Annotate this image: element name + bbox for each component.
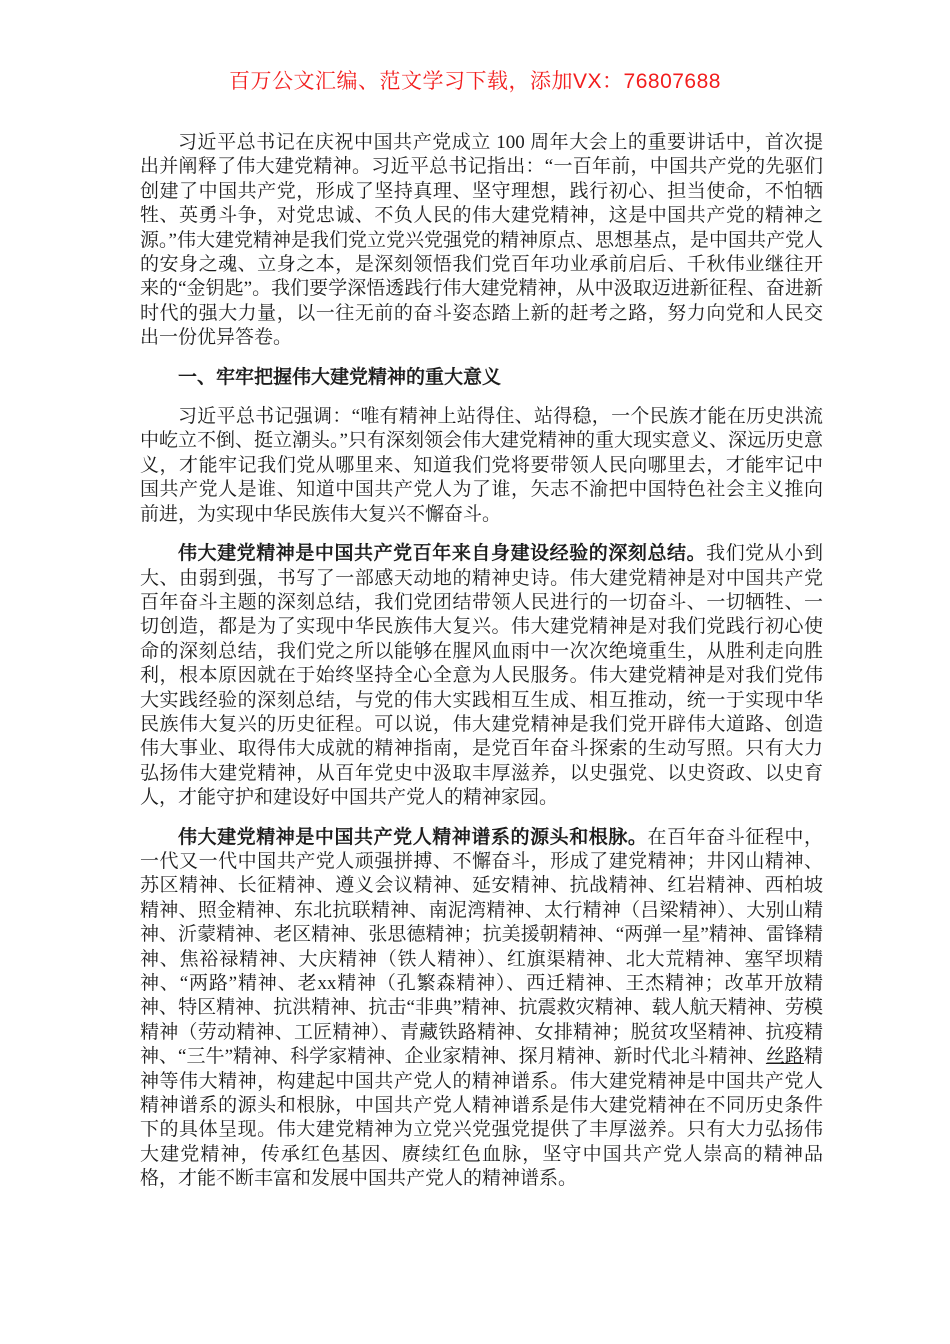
paragraph: 习近平总书记在庆祝中国共产党成立 100 周年大会上的重要讲话中，首次提出并阐释… [140,131,823,351]
paragraph: 伟大建党精神是中国共产党人精神谱系的源头和根脉。在百年奋斗征程中，一代又一代中国… [140,826,823,1192]
document-page: 百万公文汇编、范文学习下载，添加VX：76807688 习近平总书记在庆祝中国共… [0,0,950,1344]
paragraph: 伟大建党精神是中国共产党百年来自身建设经验的深刻总结。我们党从小到大、由弱到强，… [140,542,823,810]
underlined-run: 丝路 [766,1046,804,1067]
paragraph: 习近平总书记强调：“唯有精神上站得住、站得稳，一个民族才能在历史洪流中屹立不倒、… [140,405,823,527]
text-run: 精神等伟大精神，构建起中国共产党人的精神谱系。伟大建党精神是中国共产党人精神谱系… [140,1046,823,1189]
document-body: 习近平总书记在庆祝中国共产党成立 100 周年大会上的重要讲话中，首次提出并阐释… [140,131,823,1207]
text-run: 在百年奋斗征程中，一代又一代中国共产党人顽强拼搏、不懈奋斗，形成了建党精神；井冈… [140,827,823,1068]
text-run: 习近平总书记强调：“唯有精神上站得住、站得稳，一个民族才能在历史洪流中屹立不倒、… [140,406,823,525]
text-run: 习近平总书记在庆祝中国共产党成立 100 周年大会上的重要讲话中，首次提出并阐释… [140,132,823,348]
bold-lead-run: 伟大建党精神是中国共产党人精神谱系的源头和根脉。 [178,827,647,848]
promo-header-text: 百万公文汇编、范文学习下载，添加VX：76807688 [0,70,950,94]
bold-lead-run: 伟大建党精神是中国共产党百年来自身建设经验的深刻总结。 [178,543,706,564]
text-run: 我们党从小到大、由弱到强，书写了一部感天动地的精神史诗。伟大建党精神是对中国共产… [140,543,823,808]
bold-lead-run: 一、牢牢把握伟大建党精神的重大意义 [178,367,501,388]
section-heading: 一、牢牢把握伟大建党精神的重大意义 [140,366,823,390]
